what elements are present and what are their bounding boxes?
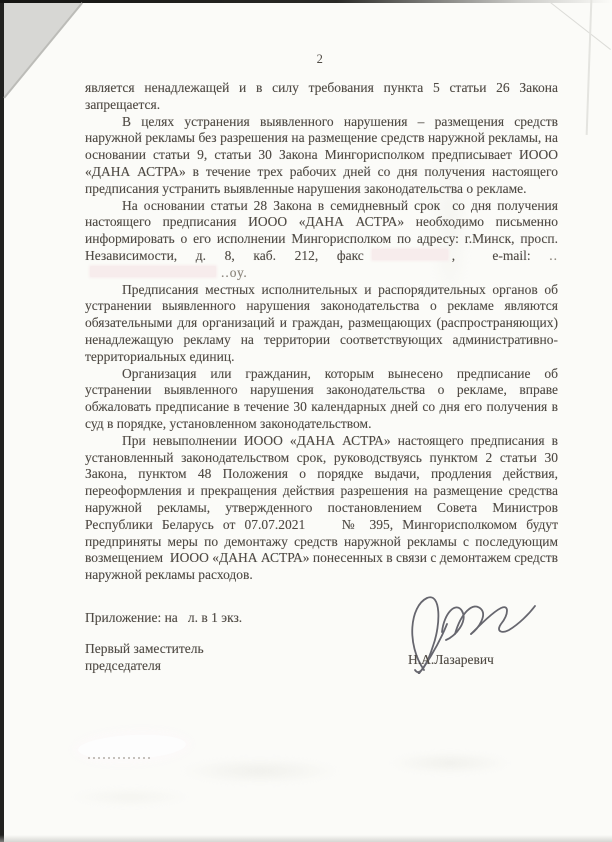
- scan-smudge: [180, 758, 340, 784]
- attachment-line: Приложение: на л. в 1 экз.: [85, 610, 242, 626]
- document-body: является ненадлежащей и в силу требовани…: [85, 80, 558, 584]
- signer-title-line1: Первый заместитель: [85, 641, 204, 658]
- redaction-text-remnant: [88, 757, 152, 759]
- signer-title-line2: председателя: [85, 658, 204, 675]
- page-number: 2: [0, 52, 612, 67]
- paragraph-contact: На основании статьи 28 Закона в семиднев…: [85, 198, 558, 282]
- email-remnant-left: ..: [549, 248, 558, 263]
- scan-edge-bottom: [0, 835, 612, 842]
- scanned-document-page: 2 является ненадлежащей и в силу требова…: [0, 0, 612, 842]
- redaction-email-address: [90, 266, 216, 277]
- email-remnant-right: ..оу.: [221, 265, 248, 280]
- crease-top-right: [549, 1, 611, 50]
- paragraph-intro: является ненадлежащей и в силу требовани…: [85, 80, 558, 114]
- paragraph-enforcement: При невыполнении ИООО «ДАНА АСТРА» насто…: [85, 433, 558, 584]
- signer-name: Н.А.Лазаревич: [408, 652, 494, 668]
- scan-edge-left: [0, 0, 4, 842]
- crease-right: [586, 0, 592, 135]
- scan-smudge: [390, 752, 510, 774]
- redaction-fax-number: [372, 249, 448, 260]
- contact-text-after-fax: , e-mail:: [452, 248, 531, 263]
- scan-edge-top: [0, 0, 612, 3]
- paragraph-orders: Предписания местных исполнительных и рас…: [85, 282, 558, 366]
- paragraph-goal: В целях устранения выявленного нарушения…: [85, 114, 558, 198]
- paragraph-appeal: Организация или гражданин, которым вынес…: [85, 366, 558, 433]
- scan-smudge: [70, 788, 190, 806]
- signer-title: Первый заместитель председателя: [85, 641, 204, 675]
